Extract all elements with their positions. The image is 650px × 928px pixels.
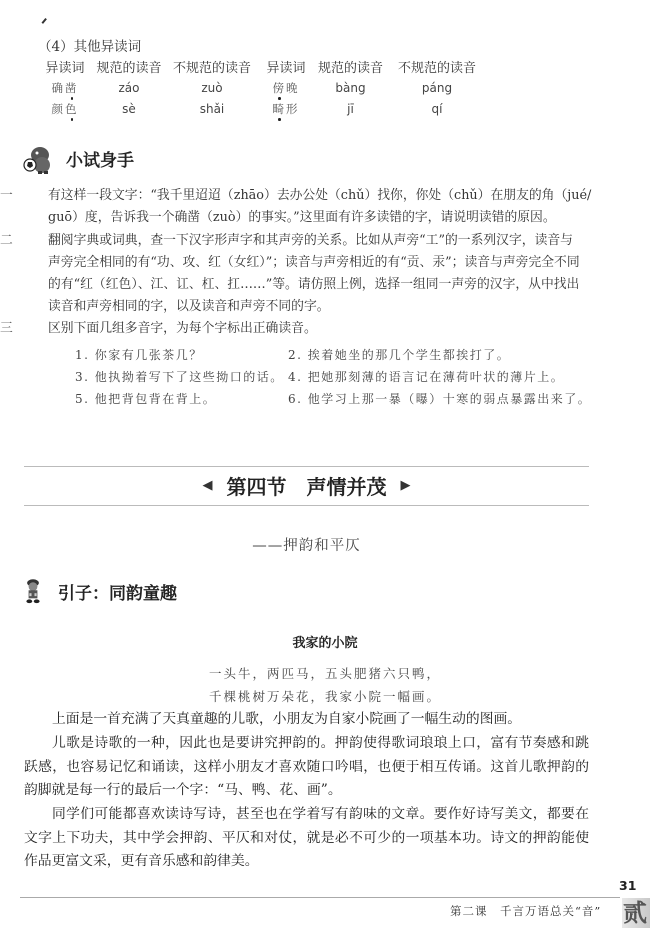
standard-pinyin: bàng [314, 81, 387, 95]
left-triangle-icon: ◀ [203, 478, 213, 493]
poem-title: 我家的小院 [0, 632, 650, 651]
nonstandard-pinyin: páng [387, 81, 487, 95]
body-paragraph: 同学们可能都喜欢读诗写诗，甚至也在学着写有韵味的文章。要作好诗写美文，都要在文字… [24, 803, 589, 874]
word-char: 颜 [52, 102, 66, 116]
chapter-badge: 贰 [622, 898, 650, 928]
practice-title: 小试身手 [66, 146, 134, 171]
body-paragraph: 儿歌是诗歌的一种，因此也是要讲究押韵的。押韵使得歌词琅琅上口，富有节奏感和跳跃感… [24, 732, 589, 803]
variant-word: 确凿 [38, 80, 92, 96]
sentence: 4. 把她那刻薄的语言记在薄荷叶状的薄片上。 [288, 368, 564, 385]
column-header: 规范的读音 [314, 57, 387, 76]
pronunciation-table: 异读词 规范的读音 不规范的读音 异读词 规范的读音 不规范的读音 确凿 záo… [38, 56, 487, 119]
page-number: 31 [619, 878, 636, 893]
sentence: 2. 挨着她坐的那几个学生都挨打了。 [288, 346, 510, 363]
hippo-with-ball-icon [22, 141, 52, 175]
intro-section-heading: 引子：同韵童趣 [22, 574, 177, 608]
table-row: 确凿 záo zuò 傍晚 bàng páng [38, 77, 487, 98]
sentence: 3. 他执拗着写下了这些拗口的话。 [75, 368, 288, 385]
word-char: 晚 [286, 81, 300, 95]
emphasized-char: 色 [65, 101, 79, 117]
nonstandard-pinyin: qí [387, 102, 487, 116]
exercise-text-line: 声旁完全相同的有“功、攻、红（女红）”；读音与声旁相近的有“贡、汞”；读音与声旁… [48, 252, 624, 274]
sentence-row: 3. 他执拗着写下了这些拗口的话。 4. 把她那刻薄的语言记在薄荷叶状的薄片上。 [75, 365, 591, 387]
footer-divider [20, 897, 620, 898]
body-paragraph: 上面是一首充满了天真童趣的儿歌，小朋友为自家小院画了一幅生动的图画。 [24, 708, 589, 732]
emphasized-char: 傍 [273, 80, 287, 96]
variant-word: 颜色 [38, 101, 92, 117]
variant-word: 畸形 [258, 101, 314, 117]
word-char: 形 [286, 102, 300, 116]
table-header-row: 异读词 规范的读音 不规范的读音 异读词 规范的读音 不规范的读音 [38, 56, 487, 77]
exercise-list: 一 有这样一段文字：“我千里迢迢（zhāo）去办公处（chǔ）找你，你处（chǔ… [0, 185, 650, 340]
exercise-number: 三 [0, 318, 13, 340]
sentence: 6. 他学习上那一暴（曝）十寒的弱点暴露出来了。 [288, 390, 591, 407]
pencil-mark [41, 18, 46, 24]
lesson-title: 第二课 千言万语总关“音” [450, 903, 601, 919]
polyphone-sentences: 1. 你家有几张茶几？ 2. 挨着她坐的那几个学生都挨打了。 3. 他执拗着写下… [75, 343, 591, 409]
chapter-subtitle: ——押韵和平仄 [24, 534, 589, 555]
word-char: 确 [52, 81, 66, 95]
standard-pinyin: sè [92, 102, 166, 116]
sentence-row: 1. 你家有几张茶几？ 2. 挨着她坐的那几个学生都挨打了。 [75, 343, 591, 365]
sentence-row: 5. 他把背包背在背上。 6. 他学习上那一暴（曝）十寒的弱点暴露出来了。 [75, 387, 591, 409]
variant-word: 傍晚 [258, 80, 314, 96]
exercise-number: 一 [0, 185, 13, 207]
chapter-heading: ◀ 第四节 声情并茂 ▶ [24, 471, 589, 500]
poem-line: 一头牛，两匹马，五头肥猪六只鸭， [0, 664, 650, 682]
practice-section-heading: 小试身手 [22, 141, 134, 175]
divider-bottom [24, 505, 589, 506]
exercise-text-line: 的有“红（红色）、江、讧、杠、扛……”等。请仿照上例，选择一组同一声旁的汉字，从… [48, 274, 624, 296]
exercise-item: 二 翻阅字典或词典，查一下汉字形声字和其声旁的关系。比如从声旁“工”的一系列汉字… [24, 230, 624, 318]
exercise-text-line: 读音和声旁相同的字，以及读音和声旁不同的字。 [48, 296, 624, 318]
emphasized-char: 畸 [273, 101, 287, 117]
exercise-text-line: guō）度，告诉我一个确凿（zuò）的事实。”这里面有许多读错的字，请说明读错的… [48, 207, 624, 229]
exercise-text-line: 翻阅字典或词典，查一下汉字形声字和其声旁的关系。比如从声旁“工”的一系列汉字，读… [48, 230, 624, 252]
exercise-number: 二 [0, 230, 13, 252]
exercise-text-line: 区别下面几组多音字，为每个字标出正确读音。 [48, 318, 624, 340]
nonstandard-pinyin: zuò [166, 81, 258, 95]
sentence: 5. 他把背包背在背上。 [75, 390, 288, 407]
divider-top [24, 466, 589, 467]
exercise-item: 三 区别下面几组多音字，为每个字标出正确读音。 [24, 318, 624, 340]
column-header: 异读词 [38, 57, 92, 76]
poem-line: 千棵桃树万朵花，我家小院一幅画。 [0, 687, 650, 705]
chapter-title: 第四节 声情并茂 [227, 471, 387, 500]
standard-pinyin: záo [92, 81, 166, 95]
column-header: 规范的读音 [92, 57, 166, 76]
emphasized-char: 凿 [65, 80, 79, 96]
column-header: 异读词 [258, 57, 314, 76]
column-header: 不规范的读音 [387, 57, 487, 76]
section-subheading: （4）其他异读词 [38, 35, 141, 55]
nonstandard-pinyin: shǎi [166, 102, 258, 116]
right-triangle-icon: ▶ [401, 478, 411, 493]
intro-title: 引子：同韵童趣 [58, 579, 177, 604]
standard-pinyin: jī [314, 102, 387, 116]
column-header: 不规范的读音 [166, 57, 258, 76]
exercise-text-line: 有这样一段文字：“我千里迢迢（zhāo）去办公处（chǔ）找你，你处（chǔ）在… [48, 185, 624, 207]
table-row: 颜色 sè shǎi 畸形 jī qí [38, 98, 487, 119]
child-mascot-icon [22, 574, 44, 608]
exercise-item: 一 有这样一段文字：“我千里迢迢（zhāo）去办公处（chǔ）找你，你处（chǔ… [24, 185, 624, 229]
sentence: 1. 你家有几张茶几？ [75, 346, 288, 363]
